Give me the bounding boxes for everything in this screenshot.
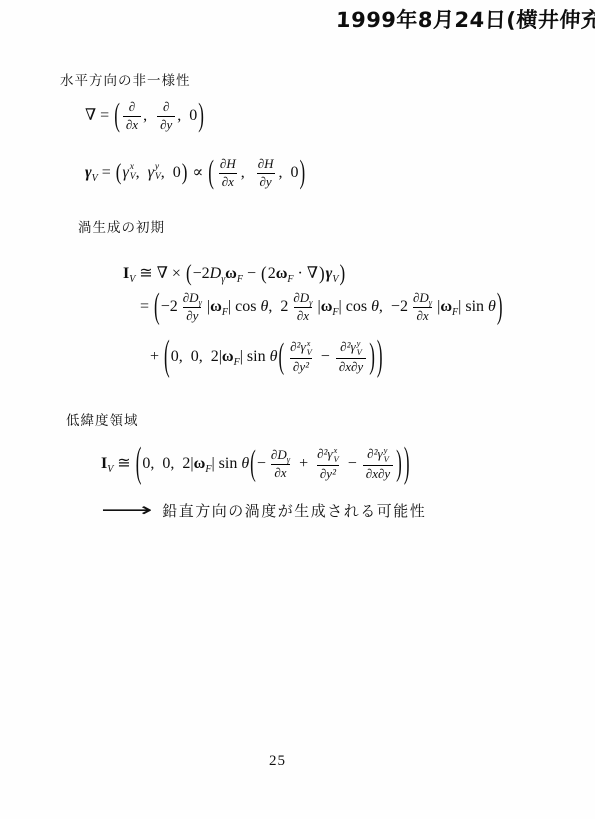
math-txt: ∂x	[222, 174, 234, 189]
math-par: )	[181, 159, 189, 187]
math-txt: | sin	[458, 297, 488, 316]
math-txt: , 0	[279, 163, 299, 182]
math-ssup: γxV	[327, 446, 338, 464]
math-txt: ∂	[129, 99, 135, 114]
math-txt: ∂x	[297, 308, 309, 323]
math-sub: IV	[101, 454, 113, 473]
math-par: )	[496, 286, 504, 329]
math-frac: ∂H∂x	[217, 157, 239, 190]
math-txt: ∂H	[258, 156, 274, 171]
math-txt: | sin	[240, 347, 270, 366]
equation-nabla-operator: ∇ = (∂∂x, ∂∂y, 0)	[85, 95, 205, 137]
math-frac: ∂Dγ∂x	[268, 448, 293, 481]
math-txt: θ	[260, 297, 268, 316]
math-txt: +	[150, 347, 163, 366]
math-ssup: γxV	[122, 163, 135, 183]
math-txt: ≅	[113, 454, 134, 473]
math-txt: ∂x	[126, 117, 138, 132]
math-frac: ∂Dγ∂y	[180, 291, 205, 324]
math-txt: ∂y	[260, 174, 272, 189]
math-sub: ωF	[194, 454, 212, 473]
math-txt: ∂y²	[320, 466, 336, 481]
math-txt: ∂y²	[293, 359, 309, 374]
math-sub: Dγ	[189, 291, 202, 306]
math-sub: Dγ	[300, 291, 313, 306]
handwritten-date: 1999年8月24日(横井伸充)	[335, 4, 595, 34]
math-txt: | cos	[228, 297, 261, 316]
math-par: (	[260, 263, 268, 285]
math-par: (	[277, 336, 285, 379]
math-txt: ,	[136, 163, 148, 182]
math-txt: ∂y	[186, 308, 198, 323]
math-sub: ωF	[222, 347, 240, 366]
math-txt: ∂²	[317, 446, 327, 461]
math-sub: ωF	[276, 264, 294, 283]
math-ssup: γxV	[300, 339, 311, 357]
math-txt: θ	[241, 454, 249, 473]
heading-low-latitude-region: 低緯度領域	[66, 409, 139, 429]
math-txt: ∂²	[367, 446, 377, 461]
math-sub: ωF	[321, 297, 339, 316]
math-ssup: γyV	[351, 339, 362, 357]
math-frac: ∂∂y	[157, 100, 175, 133]
math-frac: ∂²γyV∂x∂y	[363, 446, 393, 482]
math-par: (	[163, 332, 171, 383]
math-par: (	[207, 154, 215, 193]
math-par: )	[376, 332, 384, 383]
math-txt: ,	[241, 163, 253, 182]
math-txt: ,	[143, 106, 155, 125]
math-par: )	[318, 263, 326, 285]
math-par: (	[115, 159, 123, 187]
page-number: 25	[269, 753, 286, 770]
math-txt: −	[317, 347, 334, 366]
math-txt: =	[98, 163, 115, 182]
math-txt: 0, 0, 2|	[171, 347, 222, 366]
math-par: )	[395, 443, 403, 486]
math-txt: ∝	[188, 163, 207, 182]
math-txt: ∂²	[340, 339, 350, 354]
math-txt: , −2	[379, 297, 408, 316]
equation-gamma-vector: γV = (γxV, γyV, 0) ∝ (∂H∂x, ∂H∂y, 0)	[85, 151, 306, 195]
math-ssup: γyV	[148, 163, 161, 183]
math-txt: , 0	[161, 163, 181, 182]
conclusion-text: 鉛直方向の渦度が生成される可能性	[162, 500, 426, 521]
conclusion-line: ⟶ 鉛直方向の渦度が生成される可能性	[101, 498, 426, 522]
math-txt: , 0	[177, 106, 197, 125]
math-par: )	[197, 97, 205, 136]
math-txt: ∂H	[220, 156, 236, 171]
math-sub: ωF	[210, 297, 228, 316]
math-par: )	[368, 336, 376, 379]
math-txt: ≅ ∇ ×	[135, 264, 185, 283]
math-txt: −	[257, 454, 266, 473]
math-sub: γV	[85, 163, 98, 182]
equation-low-latitude: IV ≅ (0, 0, 2|ωF| sin θ(−∂Dγ∂x + ∂²γxV∂y…	[101, 436, 411, 492]
math-par: (	[113, 97, 121, 136]
math-txt: ∂	[163, 99, 169, 114]
math-txt: ∂x	[274, 465, 286, 480]
math-txt: θ	[270, 347, 278, 366]
math-txt: ∂²	[290, 339, 300, 354]
heading-horizontal-inhomogeneity: 水平方向の非一様性	[60, 69, 191, 89]
math-txt: ∇ =	[85, 106, 113, 125]
math-ssup: γyV	[377, 446, 388, 464]
math-par: (	[249, 443, 257, 486]
math-txt: ∂x∂y	[339, 359, 363, 374]
math-frac: ∂²γxV∂y²	[287, 339, 315, 375]
math-frac: ∂H∂y	[255, 157, 277, 190]
math-txt: −2	[161, 297, 178, 316]
math-par: (	[153, 286, 161, 329]
math-txt: 2	[268, 264, 276, 283]
math-sub: ωF	[440, 297, 458, 316]
heading-vortex-generation-initial: 渦生成の初期	[78, 216, 165, 236]
math-txt: −	[344, 454, 361, 473]
math-sub: IV	[123, 264, 135, 283]
math-txt: · ∇	[294, 264, 319, 283]
long-right-arrow-icon: ⟶	[101, 499, 153, 521]
math-frac: ∂²γxV∂y²	[314, 446, 342, 482]
math-txt: ∂y	[160, 117, 172, 132]
math-sub: Dγ	[419, 291, 432, 306]
math-par: (	[135, 439, 143, 490]
math-sub: γV	[326, 264, 339, 283]
math-txt: | sin	[211, 454, 241, 473]
math-frac: ∂∂x	[123, 100, 141, 133]
math-txt: θ	[488, 297, 496, 316]
math-txt: +	[295, 454, 312, 473]
math-txt: −2	[193, 264, 210, 283]
document-page: 1999年8月24日(横井伸充) 水平方向の非一様性 ∇ = (∂∂x, ∂∂y…	[0, 0, 595, 819]
math-txt: =	[140, 297, 153, 316]
math-frac: ∂Dγ∂x	[290, 291, 315, 324]
math-txt: θ	[371, 297, 379, 316]
math-txt: , 2	[268, 297, 288, 316]
math-txt: ∂x	[416, 308, 428, 323]
math-txt: ∂x∂y	[366, 466, 390, 481]
math-frac: ∂Dγ∂x	[410, 291, 435, 324]
equation-vortex-line3: + (0, 0, 2|ωF| sin θ(∂²γxV∂y² − ∂²γyV∂x∂…	[150, 330, 384, 384]
math-par: )	[403, 439, 411, 490]
math-txt: −	[243, 264, 260, 283]
math-sub: Dγ	[277, 448, 290, 463]
equation-vortex-line2: = (−2∂Dγ∂y|ωF| cos θ, 2∂Dγ∂x|ωF| cos θ, …	[140, 284, 504, 330]
math-sub: Dγ	[210, 264, 226, 283]
math-sub: ωF	[225, 264, 243, 283]
math-txt: 0, 0, 2|	[142, 454, 193, 473]
math-par: )	[299, 154, 307, 193]
math-txt: | cos	[339, 297, 372, 316]
math-frac: ∂²γyV∂x∂y	[336, 339, 366, 375]
